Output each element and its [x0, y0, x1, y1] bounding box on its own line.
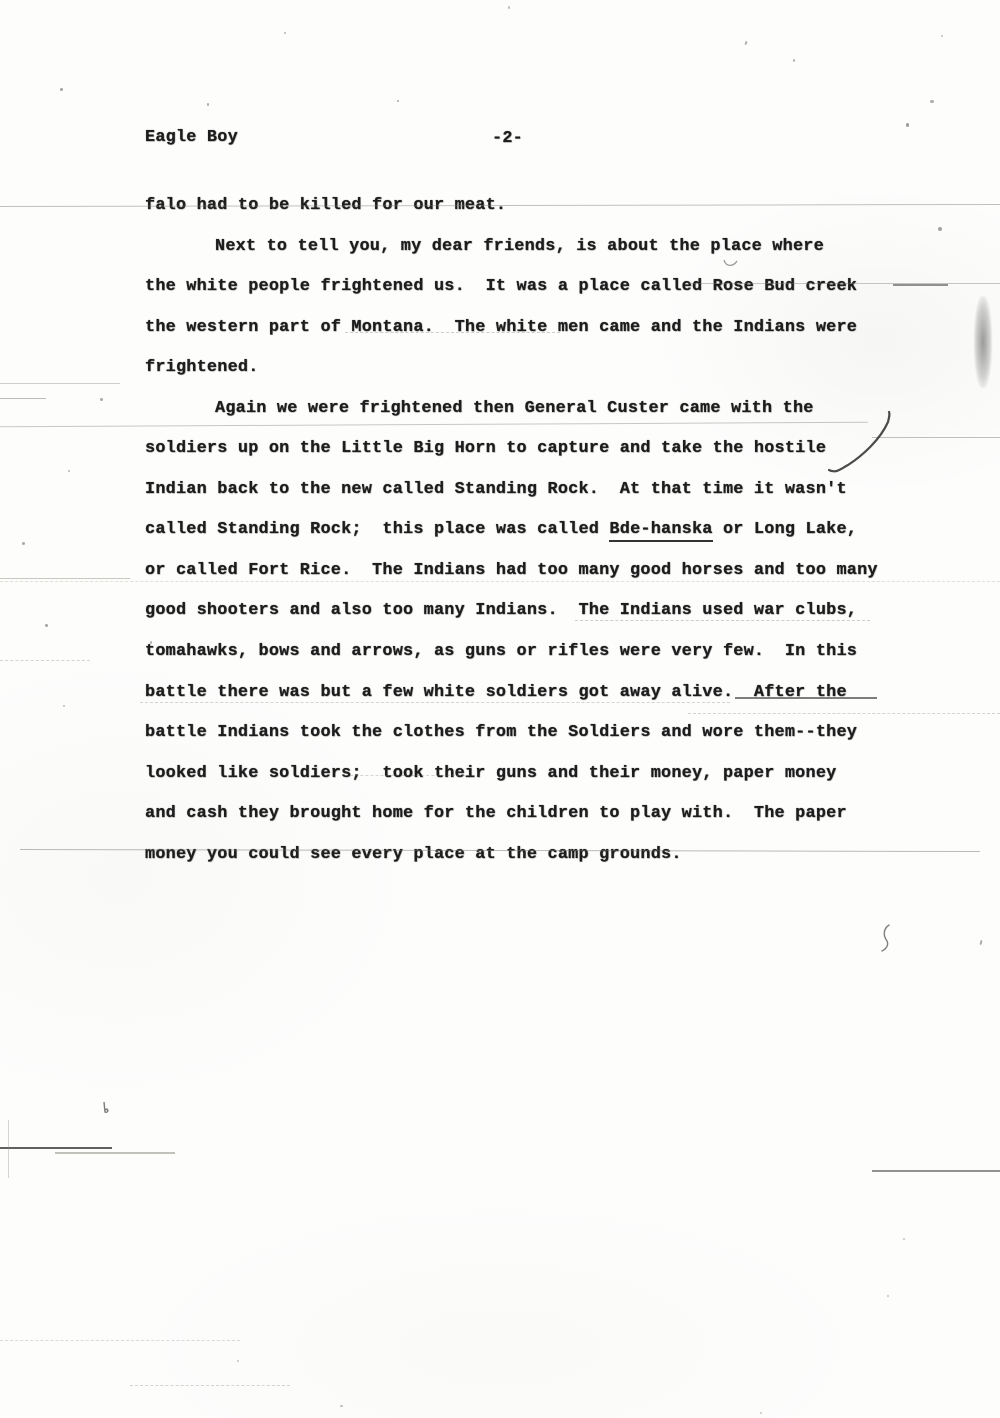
typed-line: called Standing Rock; this place was cal…	[145, 520, 925, 561]
curly-mark	[876, 922, 896, 954]
typed-text: called Standing Rock; this place was cal…	[145, 520, 609, 539]
ink-smudge	[974, 296, 992, 388]
scan-line-artifact	[0, 1340, 240, 1341]
underlined-term: Bde-hanska	[609, 520, 712, 542]
typed-text: Next to tell you, my dear friends, is ab…	[215, 237, 824, 256]
typed-text: soldiers up on the Little Big Horn to ca…	[145, 439, 826, 458]
typed-line: falo had to be killed for our meat.	[145, 196, 925, 237]
dust-speck	[45, 624, 48, 627]
typed-line: or called Fort Rice. The Indians had too…	[145, 561, 925, 602]
typed-text: money you could see every place at the c…	[145, 845, 682, 864]
typed-text: or Long Lake,	[713, 520, 858, 539]
dust-speck	[508, 6, 510, 9]
scan-line-artifact	[0, 383, 120, 384]
typed-text: good shooters and also too many Indians.…	[145, 601, 857, 620]
typed-text: frightened.	[145, 358, 259, 377]
scan-line-artifact	[8, 1120, 9, 1178]
dust-speck	[100, 398, 103, 401]
typed-text: tomahawks, bows and arrows, as guns or r…	[145, 642, 857, 661]
dust-speck	[903, 1238, 905, 1240]
fleck-mark	[101, 1101, 111, 1115]
dust-speck	[63, 705, 65, 707]
typed-text: looked like soldiers; took their guns an…	[145, 764, 836, 783]
typed-line: Again we were frightened then General Cu…	[145, 399, 925, 440]
dust-speck	[906, 123, 909, 127]
dust-speck	[887, 1295, 889, 1297]
dust-speck	[760, 1412, 762, 1414]
typed-text: falo had to be killed for our meat.	[145, 196, 506, 215]
typed-line: looked like soldiers; took their guns an…	[145, 764, 925, 805]
scan-line-artifact	[0, 398, 46, 399]
typed-text: Indian back to the new called Standing R…	[145, 480, 847, 499]
document-title: Eagle Boy	[145, 128, 238, 147]
dust-speck	[207, 103, 209, 106]
typed-text: the western part of Montana. The white m…	[145, 318, 857, 337]
typed-lines: falo had to be killed for our meat.Next …	[145, 196, 925, 885]
typed-line: money you could see every place at the c…	[145, 845, 925, 886]
typed-line: the white people frightened us. It was a…	[145, 277, 925, 318]
typed-text: battle there was but a few white soldier…	[145, 683, 847, 702]
dust-speck	[284, 32, 286, 34]
registration-line-artifact	[872, 1170, 1000, 1172]
typed-line: soldiers up on the Little Big Horn to ca…	[145, 439, 925, 480]
typed-text: battle Indians took the clothes from the…	[145, 723, 857, 742]
registration-line-artifact	[0, 1147, 112, 1149]
page-number: -2-	[492, 129, 523, 148]
typed-line: the western part of Montana. The white m…	[145, 318, 925, 359]
typed-line: good shooters and also too many Indians.…	[145, 601, 925, 642]
typed-line: battle Indians took the clothes from the…	[145, 723, 925, 764]
typed-line: tomahawks, bows and arrows, as guns or r…	[145, 642, 925, 683]
registration-line-artifact	[55, 1152, 175, 1154]
typed-line: Indian back to the new called Standing R…	[145, 480, 925, 521]
scanned-document-page: Eagle Boy -2- falo had to be killed for …	[0, 0, 1000, 1418]
dust-speck	[930, 100, 934, 103]
typed-text: or called Fort Rice. The Indians had too…	[145, 561, 878, 580]
dust-speck	[237, 1360, 239, 1362]
dust-speck	[941, 35, 943, 37]
dust-speck	[340, 1405, 343, 1407]
dust-speck	[744, 41, 747, 45]
dust-speck	[60, 88, 63, 91]
page-header: Eagle Boy -2-	[0, 128, 1000, 152]
typed-text: Again we were frightened then General Cu…	[215, 399, 814, 418]
scan-line-artifact	[130, 1385, 290, 1386]
typed-text: and cash they brought home for the child…	[145, 804, 847, 823]
dust-speck	[22, 542, 25, 545]
typed-text: the white people frightened us. It was a…	[145, 277, 857, 296]
dust-speck	[938, 227, 942, 231]
dust-speck	[793, 59, 795, 62]
scan-line-artifact	[0, 578, 130, 579]
dust-speck	[979, 940, 982, 945]
typed-line: and cash they brought home for the child…	[145, 804, 925, 845]
dust-speck	[68, 470, 70, 472]
typed-line: battle there was but a few white soldier…	[145, 683, 925, 724]
dust-speck	[397, 100, 399, 102]
typed-line: Next to tell you, my dear friends, is ab…	[145, 237, 925, 278]
typed-line: frightened.	[145, 358, 925, 399]
scan-line-artifact	[0, 660, 90, 661]
